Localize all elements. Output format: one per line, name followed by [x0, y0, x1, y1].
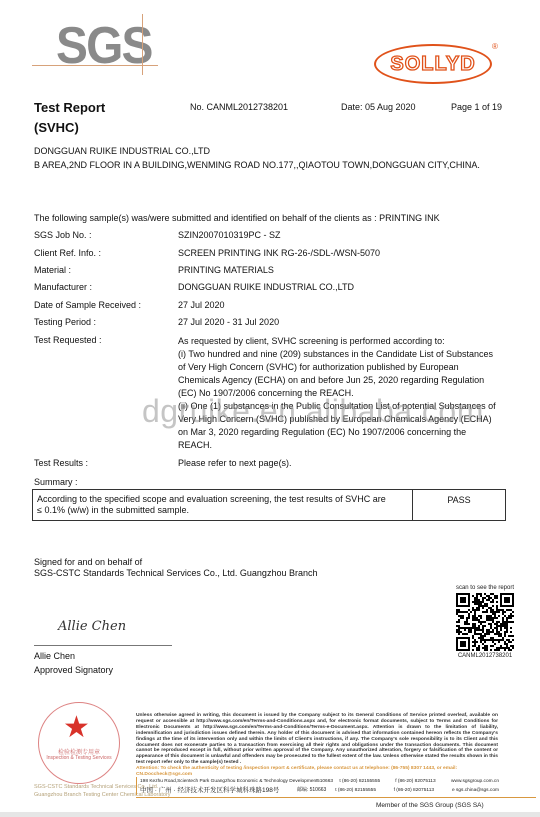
- field-value: DONGGUAN RUIKE INDUSTRIAL CO.,LTD: [178, 281, 354, 293]
- text-line: According to the specified scope and eva…: [37, 494, 408, 505]
- field-value: SCREEN PRINTING INK RG-26-/SDL-/WSN-5070: [178, 247, 380, 259]
- test-results-label: Test Results :: [34, 457, 88, 469]
- field-value: 27 Jul 2020: [178, 299, 225, 311]
- star-icon: ★: [63, 713, 90, 743]
- summary-result: PASS: [413, 490, 505, 520]
- fax: f (86-20) 82075113: [394, 786, 452, 795]
- address-row-cn: 中国 · 广州 · 经济技术开发区科学城科珠路198号 邮编: 510663 t…: [137, 786, 499, 795]
- page-title: Test Report (SVHC): [34, 98, 105, 138]
- text-line: ≤ 0.1% (w/w) in the submitted sample.: [37, 505, 408, 516]
- field-value: 27 Jul 2020 - 31 Jul 2020: [178, 316, 279, 328]
- qr-code-icon[interactable]: [456, 593, 514, 651]
- stamp-en-text: Inspection & Testing Services: [39, 755, 119, 761]
- field-label: Client Ref. Info. :: [34, 247, 101, 259]
- text-line: (i) Two hundred and nine (209) substance…: [178, 348, 496, 361]
- signatory-name: Allie Chen: [34, 650, 75, 662]
- title-line: Test Report: [34, 98, 105, 118]
- signatory-role: Approved Signatory: [34, 664, 113, 676]
- report-date: Date: 05 Aug 2020: [341, 102, 416, 112]
- field-label: Testing Period :: [34, 316, 96, 328]
- client-address: B AREA,2ND FLOOR IN A BUILDING,WENMING R…: [34, 159, 480, 171]
- signature-line: [34, 645, 172, 646]
- signature: Allie Chen: [58, 619, 126, 634]
- fax: f (86-20) 82075113: [395, 777, 451, 786]
- field-value: SZIN2007010319PC - SZ: [178, 229, 281, 241]
- registered-mark: ®: [492, 42, 498, 51]
- watermark: dgruike.en.alibaba.com: [142, 393, 484, 430]
- sgs-logo: SGS: [32, 14, 160, 76]
- footer-divider: [136, 797, 536, 798]
- address-cn: 中国 · 广州 · 经济技术开发区科学城科珠路198号: [140, 786, 297, 795]
- page-indicator: Page 1 of 19: [451, 102, 502, 112]
- website-link[interactable]: www.sgsgroup.com.cn: [451, 777, 499, 786]
- summary-text: According to the specified scope and eva…: [33, 490, 413, 520]
- qr-report-number: CANML2012738201: [450, 652, 520, 660]
- client-name: DONGGUAN RUIKE INDUSTRIAL CO.,LTD: [34, 145, 210, 157]
- page-bottom-band: [0, 812, 540, 817]
- text-line: of Very High Concern (SVHC) for authoriz…: [178, 361, 496, 374]
- legal-disclaimer: Unless otherwise agreed in writing, this…: [136, 713, 498, 766]
- email-link[interactable]: e sgs.china@sgs.com: [452, 786, 499, 795]
- test-results-value: Please refer to next page(s).: [178, 457, 292, 469]
- logo-divider: [32, 65, 158, 66]
- postcode: 510663: [317, 777, 339, 786]
- field-value: PRINTING MATERIALS: [178, 264, 274, 276]
- summary-label: Summary :: [34, 476, 78, 488]
- intro-text: The following sample(s) was/were submitt…: [34, 212, 440, 224]
- text-line: As requested by client, SVHC screening i…: [178, 335, 496, 348]
- sgs-member-text: Member of the SGS Group (SGS SA): [376, 802, 484, 809]
- phone: t (86-20) 82155555: [339, 777, 395, 786]
- test-requested-label: Test Requested :: [34, 334, 102, 346]
- field-label: SGS Job No. :: [34, 229, 92, 241]
- postcode-cn: 邮编: 510663: [297, 786, 335, 795]
- address-block: 198 Kezhu Road,Scientech Park Guangzhou …: [136, 777, 499, 795]
- address-row-en: 198 Kezhu Road,Scientech Park Guangzhou …: [137, 777, 499, 786]
- sollyd-logo-text: SOLLYD: [374, 52, 492, 76]
- field-label: Material :: [34, 264, 71, 276]
- field-label: Manufacturer :: [34, 281, 92, 293]
- qr-caption: scan to see the report: [450, 584, 520, 592]
- signed-company: SGS-CSTC Standards Technical Services Co…: [34, 567, 317, 579]
- report-number: No. CANML2012738201: [190, 102, 288, 112]
- logo-divider: [142, 14, 143, 75]
- official-stamp: ★ 检验检测专用章 Inspection & Testing Services: [38, 702, 120, 784]
- summary-table: According to the specified scope and eva…: [32, 489, 506, 521]
- phone: t (86-20) 82155555: [335, 786, 393, 795]
- address-en: 198 Kezhu Road,Scientech Park Guangzhou …: [140, 777, 317, 786]
- sollyd-logo: SOLLYD ®: [374, 42, 496, 88]
- text-line: Chemicals Agency (ECHA) on and before Ju…: [178, 374, 496, 387]
- field-label: Date of Sample Received :: [34, 299, 141, 311]
- text-line: REACH.: [178, 439, 496, 452]
- title-line: (SVHC): [34, 118, 105, 138]
- qr-block: scan to see the report CANML2012738201: [450, 584, 520, 660]
